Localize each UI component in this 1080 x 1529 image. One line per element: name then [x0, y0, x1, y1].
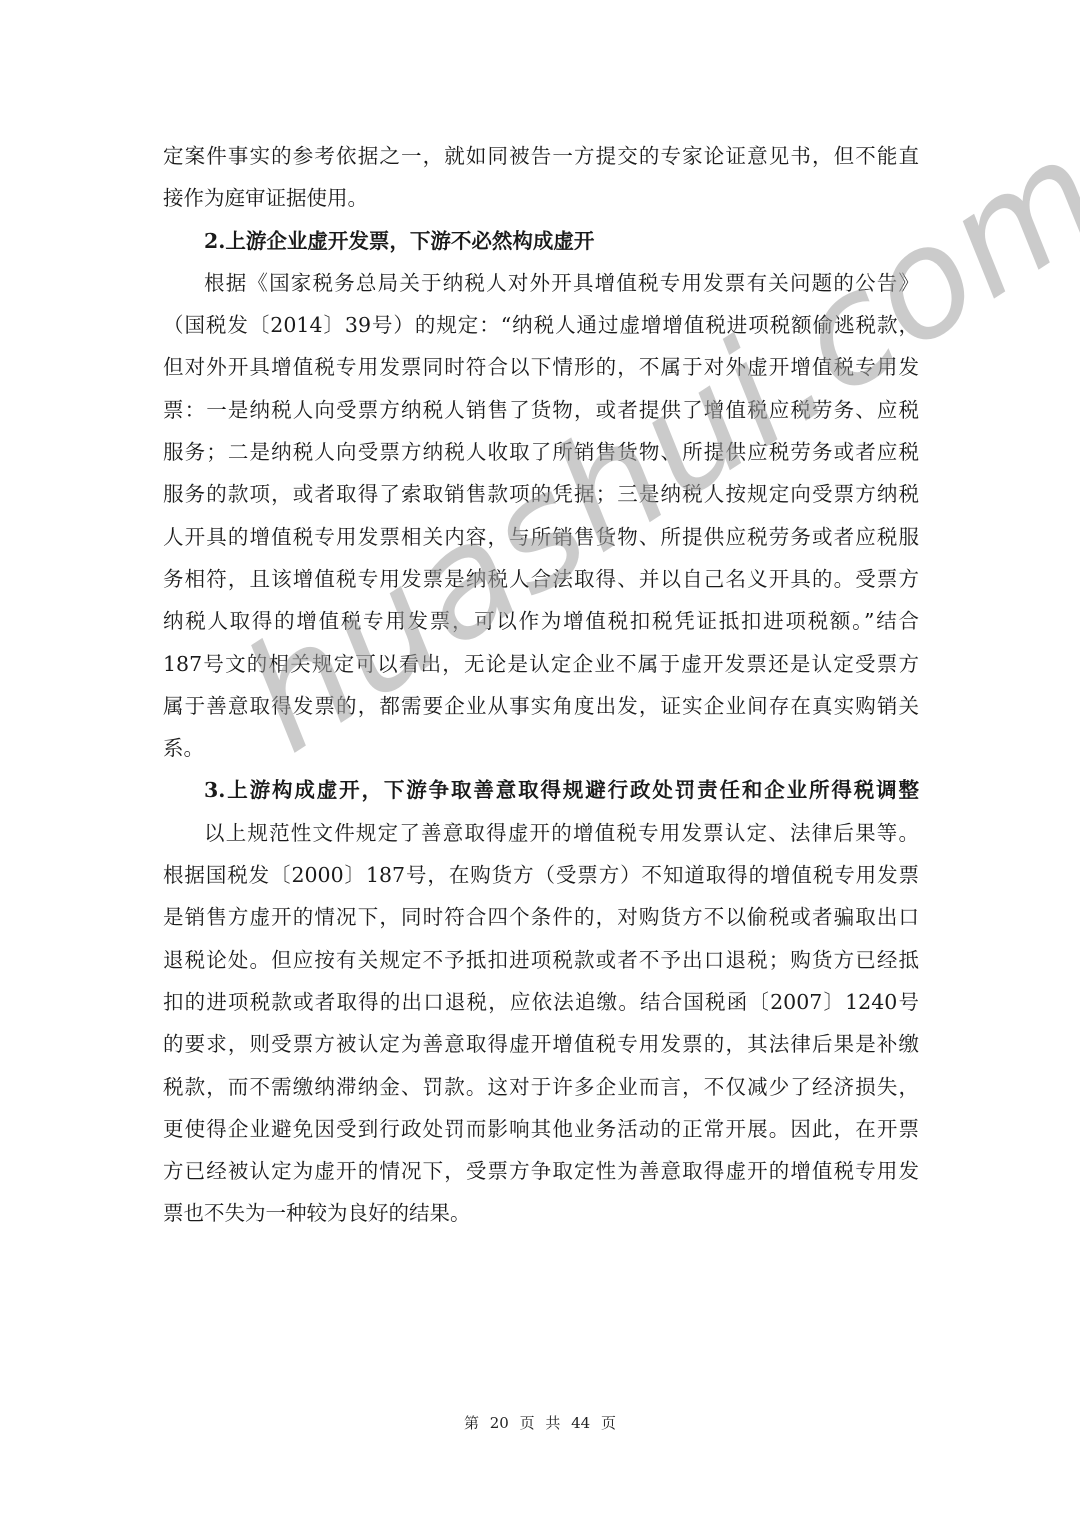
text-line: 是销售方虚开的情况下，同时符合四个条件的，对购货方不以偷税或者骗取出口: [163, 896, 919, 938]
text-line: 人开具的增值税专用发票相关内容，与所销售货物、所提供应税劳务或者应税服: [163, 516, 919, 558]
document-body: 定案件事实的参考依据之一，就如同被告一方提交的专家论证意见书，但不能直 接作为庭…: [163, 135, 919, 1235]
text-line: 退税论处。但应按有关规定不予抵扣进项税款或者不予出口退税；购货方已经抵: [163, 939, 919, 981]
text-line: 扣的进项税款或者取得的出口退税，应依法追缴。结合国税函〔2007〕1240号: [163, 981, 919, 1023]
text-line: 纳税人取得的增值税专用发票，可以作为增值税扣税凭证抵扣进项税额。”结合: [163, 600, 919, 642]
text-line: 定案件事实的参考依据之一，就如同被告一方提交的专家论证意见书，但不能直: [163, 135, 919, 177]
page-number-footer: 第 20 页 共 44 页: [0, 1412, 1080, 1433]
paragraph-start: 以上规范性文件规定了善意取得虚开的增值税专用发票认定、法律后果等。: [163, 812, 919, 854]
text-line: 但对外开具增值税专用发票同时符合以下情形的，不属于对外虚开增值税专用发: [163, 346, 919, 388]
text-line: 的要求，则受票方被认定为善意取得虚开增值税专用发票的，其法律后果是补缴: [163, 1023, 919, 1065]
text-line: 票：一是纳税人向受票方纳税人销售了货物，或者提供了增值税应税劳务、应税: [163, 389, 919, 431]
text-line: 服务的款项，或者取得了索取销售款项的凭据；三是纳税人按规定向受票方纳税: [163, 473, 919, 515]
section-heading-3: 3.上游构成虚开，下游争取善意取得规避行政处罚责任和企业所得税调整: [163, 769, 919, 811]
text-line: 属于善意取得发票的，都需要企业从事实角度出发，证实企业间存在真实购销关: [163, 685, 919, 727]
paragraph-start: 根据《国家税务总局关于纳税人对外开具增值税专用发票有关问题的公告》: [163, 262, 919, 304]
document-page: 定案件事实的参考依据之一，就如同被告一方提交的专家论证意见书，但不能直 接作为庭…: [0, 0, 1080, 1529]
text-line: 187号文的相关规定可以看出，无论是认定企业不属于虚开发票还是认定受票方: [163, 643, 919, 685]
text-line: 务相符，且该增值税专用发票是纳税人合法取得、并以自己名义开具的。受票方: [163, 558, 919, 600]
text-line: 系。: [163, 727, 919, 769]
text-line: 票也不失为一种较为良好的结果。: [163, 1192, 919, 1234]
text-line: 税款，而不需缴纳滞纳金、罚款。这对于许多企业而言，不仅减少了经济损失，: [163, 1066, 919, 1108]
section-heading-2: 2.上游企业虚开发票，下游不必然构成虚开: [163, 220, 919, 262]
text-line: 方已经被认定为虚开的情况下，受票方争取定性为善意取得虚开的增值税专用发: [163, 1150, 919, 1192]
text-line: 根据国税发〔2000〕187号，在购货方（受票方）不知道取得的增值税专用发票: [163, 854, 919, 896]
text-line: 服务；二是纳税人向受票方纳税人收取了所销售货物、所提供应税劳务或者应税: [163, 431, 919, 473]
text-line: 接作为庭审证据使用。: [163, 177, 919, 219]
text-line: 更使得企业避免因受到行政处罚而影响其他业务活动的正常开展。因此，在开票: [163, 1108, 919, 1150]
text-line: （国税发〔2014〕39号）的规定：“纳税人通过虚增增值税进项税额偷逃税款，: [163, 304, 919, 346]
